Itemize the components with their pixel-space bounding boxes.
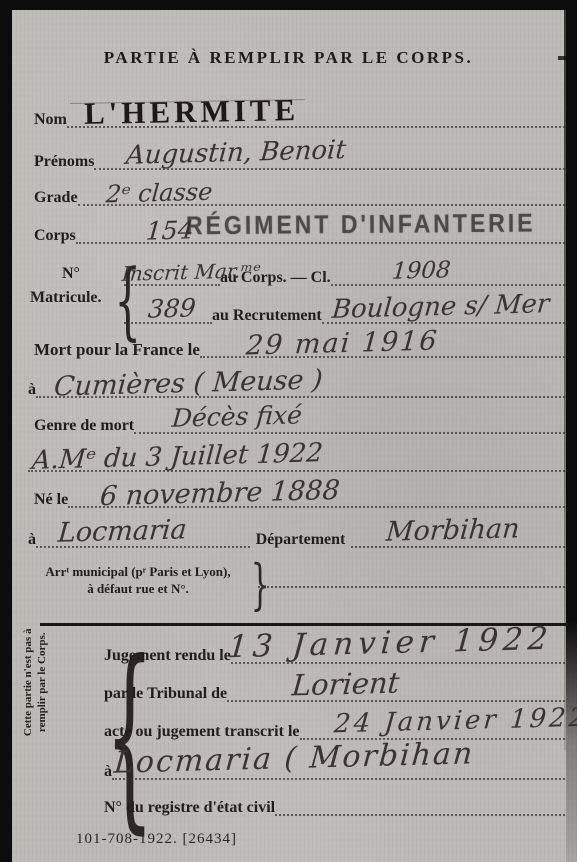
prenoms-label: Prénoms bbox=[34, 154, 94, 170]
arrondissement-label-block: Arrᵗ municipal (pʳ Paris et Lyon), à déf… bbox=[30, 564, 246, 598]
ne-le-label: Né le bbox=[34, 492, 68, 508]
mort-lieu-value: Cumières ( Meuse ) bbox=[53, 366, 324, 400]
au-recrutement-label: au Recrutement bbox=[212, 308, 322, 324]
field-row-registre: N° du registre d'état civil bbox=[104, 790, 565, 816]
corps-label: Corps bbox=[34, 228, 76, 244]
arrondissement-label-line2: à défaut rue et N°. bbox=[30, 581, 246, 598]
nom-label: Nom bbox=[34, 112, 67, 128]
nom-value: L'HERMITE bbox=[84, 94, 300, 129]
transcrit-label: acte ou jugement transcrit le bbox=[104, 724, 300, 740]
scan-border-left bbox=[0, 0, 12, 862]
scan-border-top bbox=[0, 0, 577, 10]
registre-dotted-line bbox=[275, 811, 565, 816]
form-section-title: PARTIE À REMPLIR PAR LE CORPS. bbox=[0, 48, 577, 68]
tribunal-value: Lorient bbox=[291, 669, 401, 701]
mort-date-label: Mort pour la France le bbox=[34, 341, 200, 358]
ne-le-value: 6 novembre 1888 bbox=[99, 477, 341, 510]
regiment-stamp: RÉGIMENT D'INFANTERIE bbox=[186, 210, 536, 238]
genre-mort-value: Décès fixé bbox=[171, 402, 303, 430]
mort-date-value: 29 mai 1916 bbox=[245, 327, 440, 359]
ne-lieu-value: Locmaria bbox=[57, 516, 188, 546]
avis-ministeriel-value: A.Mᵉ du 3 Juillet 1922 bbox=[31, 440, 324, 474]
transcrit-value: 24 Janvier 1922 bbox=[333, 705, 577, 738]
arrondissement-dotted-line bbox=[258, 583, 565, 588]
departement-label: Département bbox=[250, 532, 352, 548]
matricule-no-label: N° bbox=[62, 266, 80, 282]
prenoms-value: Augustin, Benoit bbox=[125, 137, 347, 169]
matricule-numero-value: 389 bbox=[147, 295, 197, 321]
matricule-label: Matricule. bbox=[30, 290, 102, 306]
jugement-value: 13 Janvier 1922 bbox=[227, 624, 554, 664]
genre-mort-label: Genre de mort bbox=[34, 418, 134, 434]
scanned-military-death-record: PARTIE À REMPLIR PAR LE CORPS. Nom L'HER… bbox=[0, 0, 577, 862]
inscrit-maritime-value: Inscrit Mar.ᵐᵉ bbox=[121, 260, 261, 284]
arrondissement-label-line1: Arrᵗ municipal (pʳ Paris et Lyon), bbox=[30, 564, 246, 581]
side-note-vertical: Cette partie n'est pas à remplir par le … bbox=[21, 620, 50, 745]
mort-lieu-label: à bbox=[28, 382, 36, 398]
grade-label: Grade bbox=[34, 190, 78, 206]
transcription-lieu-label: à bbox=[104, 764, 112, 780]
ne-lieu-label: à bbox=[28, 532, 36, 548]
classe-value: 1908 bbox=[391, 259, 451, 284]
tribunal-label: par le Tribunal de bbox=[104, 686, 227, 702]
grade-value: 2ᵉ classe bbox=[105, 180, 213, 207]
printer-imprint: 101-708-1922. [26434] bbox=[76, 831, 237, 848]
registre-label: N° du registre d'état civil bbox=[104, 800, 275, 816]
departement-value: Morbihan bbox=[385, 515, 521, 546]
jugement-label: Jugement rendu le bbox=[104, 648, 231, 664]
recrutement-value: Boulogne s/ Mer bbox=[331, 291, 550, 323]
